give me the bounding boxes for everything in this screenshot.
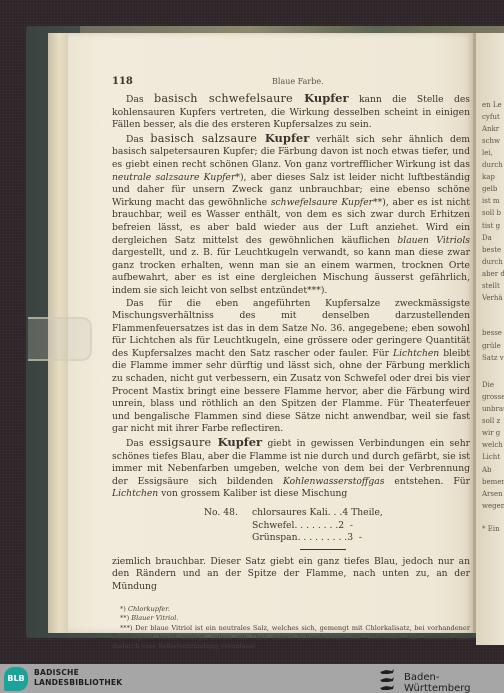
footnote-mark: *) bbox=[120, 605, 126, 613]
next-page-fragment: besse bbox=[482, 329, 502, 337]
lead-big-text: basisch schwefelsaure bbox=[154, 92, 304, 105]
page-text: 118 Blaue Farbe. Das basisch schwefelsau… bbox=[112, 76, 470, 651]
lead-text: Das bbox=[126, 94, 154, 105]
library-name-line-2: LANDESBIBLIOTHEK bbox=[34, 678, 122, 688]
next-page-fragment: lei, bbox=[482, 149, 493, 157]
next-page-fragment: Ankr bbox=[482, 125, 499, 133]
page-number: 118 bbox=[112, 76, 133, 92]
next-page-fragment: soll z bbox=[482, 417, 500, 425]
next-page-fragment: soll b bbox=[482, 209, 501, 217]
italic-text: blauen Vitriols bbox=[397, 235, 470, 246]
footnote-2: **) Blauer Vitriol. bbox=[112, 614, 470, 623]
next-page-fragment: gelb bbox=[482, 185, 497, 193]
paragraph-2: Das basisch salzsaure Kupfer verhält sic… bbox=[112, 132, 470, 298]
next-page-fragment: kap bbox=[482, 173, 495, 181]
footnote-text: Blauer Vitriol. bbox=[131, 614, 178, 622]
page-header: 118 Blaue Farbe. bbox=[112, 76, 470, 92]
next-page-fragment: Verhä bbox=[482, 294, 503, 302]
italic-text: Lichtchen bbox=[112, 488, 158, 499]
footnote-text: Chlorkupfer. bbox=[128, 605, 170, 613]
next-page-fragment: aber d bbox=[482, 270, 504, 278]
recipe-row: Grünspan. . . . . . . . .3 - bbox=[204, 532, 470, 545]
next-page-fragment: en Le bbox=[482, 101, 502, 109]
recipe-indent bbox=[204, 532, 252, 545]
lead-text: Das bbox=[126, 438, 149, 449]
library-name-line-1: BADISCHE bbox=[34, 668, 122, 678]
next-page-fragment: bemerk bbox=[482, 478, 504, 486]
footnote-3: ***) Der blaue Vitriol ist ein neutrales… bbox=[112, 624, 470, 652]
blb-library-name[interactable]: BADISCHE LANDESBIBLIOTHEK bbox=[34, 668, 122, 688]
recipe-dots: . . . . . . . . bbox=[294, 520, 338, 533]
bookmark-ribbon bbox=[28, 317, 92, 361]
lead-bold-text: Kupfer bbox=[304, 91, 348, 105]
next-page-fragment: wir g bbox=[482, 429, 500, 437]
next-page-fragment: * Ein bbox=[482, 525, 500, 533]
recipe-number: No. 48. bbox=[204, 507, 252, 520]
paragraph-4: Das essigsaure Kupfer giebt in gewissen … bbox=[112, 436, 470, 501]
footnote-mark: **) bbox=[120, 614, 129, 622]
baden-wuerttemberg-lions-icon[interactable] bbox=[378, 667, 396, 691]
footer-bar: BLB BADISCHE LANDESBIBLIOTHEK Baden-Würt… bbox=[0, 664, 504, 693]
lead-bold-text: Kupfer bbox=[265, 131, 309, 145]
next-page-fragment: wegen bbox=[482, 502, 504, 510]
italic-text: neutrale salzsaure Kupfer bbox=[112, 172, 235, 183]
footnote-text: Der blaue Vitriol ist ein neutrales Salz… bbox=[112, 624, 470, 650]
footnote-1: *) Chlorkupfer. bbox=[112, 605, 470, 614]
italic-text: schwefelsaure Kupfer bbox=[271, 197, 373, 208]
next-page-fragment: Licht bbox=[482, 453, 500, 461]
next-page-fragment: cyfut bbox=[482, 113, 500, 121]
paragraph-3: Das für die eben angeführten Kupfersalze… bbox=[112, 298, 470, 437]
next-page-fragment: Da bbox=[482, 234, 492, 242]
recipe-sum-rule bbox=[300, 549, 346, 550]
recipe-quantity: 2 - bbox=[338, 520, 353, 533]
next-page-fragment: tist g bbox=[482, 222, 500, 230]
next-page-fragment: durch bbox=[482, 161, 503, 169]
body-text: entstehen. Für bbox=[385, 476, 471, 487]
lead-big-text: basisch salzsaure bbox=[150, 132, 264, 145]
italic-text: Lichtchen bbox=[393, 348, 439, 359]
lead-big-text: essigsaure bbox=[149, 436, 218, 449]
next-page-fragment: Die bbox=[482, 381, 494, 389]
next-page-fragment: ist m bbox=[482, 197, 500, 205]
next-page-fragment: grüle bbox=[482, 342, 501, 350]
next-page-fragment: Satz v bbox=[482, 354, 504, 362]
recipe-row: No. 48. chlorsaures Kali . . .4 Theile, bbox=[204, 507, 470, 520]
next-page-fragment: grosse bbox=[482, 393, 504, 401]
recipe-indent bbox=[204, 520, 252, 533]
next-page-fragment: stellt bbox=[482, 282, 500, 290]
footnotes: *) Chlorkupfer. **) Blauer Vitriol. ***)… bbox=[112, 605, 470, 651]
next-page-fragment: Arsen bbox=[482, 490, 503, 498]
running-head: Blaue Farbe. bbox=[272, 76, 324, 89]
recipe-quantity: 4 Theile, bbox=[342, 507, 382, 520]
recipe-ingredient: Schwefel bbox=[252, 520, 294, 533]
next-page-fragment: Ab bbox=[482, 466, 492, 474]
lead-bold-text: Kupfer bbox=[218, 435, 262, 449]
next-page-fragment: schw bbox=[482, 137, 500, 145]
recipe-dots: . . . . . . . . . bbox=[298, 532, 348, 545]
body-text: von grossem Kaliber ist diese Mischung bbox=[158, 488, 347, 499]
book-page-right-partial: en LecyfutAnkrschwlei, durchkapgelbist m… bbox=[476, 33, 504, 645]
recipe-table: No. 48. chlorsaures Kali . . .4 Theile, … bbox=[204, 507, 470, 545]
italic-text: Kohlenwasserstoffgas bbox=[283, 476, 384, 487]
lead-text: Das bbox=[126, 134, 150, 145]
closing-paragraph: ziemlich brauchbar. Dieser Satz giebt ei… bbox=[112, 556, 470, 594]
recipe-ingredient: Grünspan bbox=[252, 532, 298, 545]
footnote-mark: ***) bbox=[120, 624, 132, 632]
blb-logo-icon[interactable]: BLB bbox=[4, 667, 28, 691]
recipe-quantity: 3 - bbox=[347, 532, 362, 545]
body-text: bleibt die Flamme immer sehr dürftig und… bbox=[112, 348, 470, 435]
next-page-fragment: durch bbox=[482, 258, 503, 266]
next-page-fragment: beste bbox=[482, 246, 501, 254]
next-page-fragment: welch bbox=[482, 441, 503, 449]
recipe-row: Schwefel . . . . . . . .2 - bbox=[204, 520, 470, 533]
paragraph-1: Das basisch schwefelsaure Kupfer kann di… bbox=[112, 92, 470, 132]
baden-wuerttemberg-name[interactable]: Baden-Württemberg bbox=[404, 672, 504, 693]
body-text: dargestellt, und z. B. für Leuchtkugeln … bbox=[112, 247, 470, 296]
next-page-fragment: unbrau bbox=[482, 405, 504, 413]
recipe-ingredient: chlorsaures Kali bbox=[252, 507, 328, 520]
recipe-dots: . . . bbox=[328, 507, 343, 520]
